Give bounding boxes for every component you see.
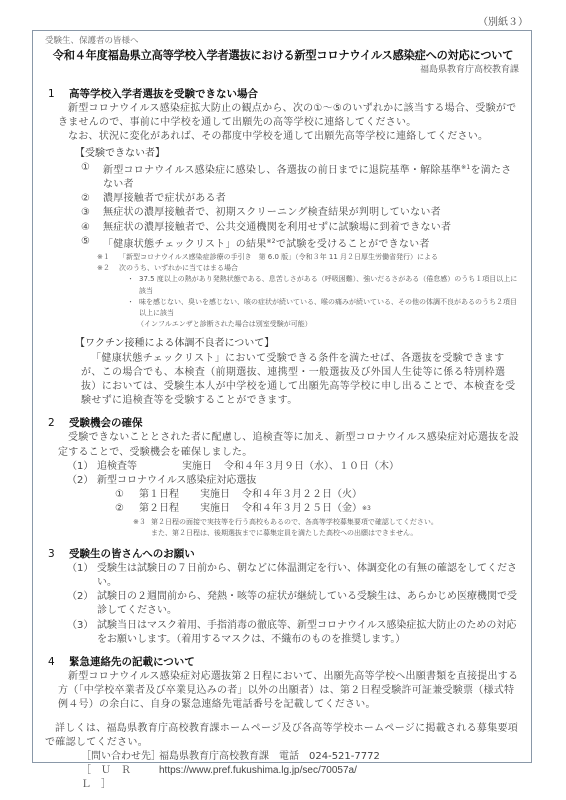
vaccine-heading: 【ワクチン接種による体調不良者について】 xyxy=(45,337,521,351)
contact-value: 福島県教育庁高校教育課 電話 024-521-7772 xyxy=(159,750,380,764)
closing-text: 詳しくは、福島県教育庁高校教育課ホームページ及び各高等学校ホームページに掲載され… xyxy=(45,722,521,750)
page-title: 令和４年度福島県立高等学校入学者選抜における新型コロナウイルス感染症への対応につ… xyxy=(45,48,521,64)
request-item: （2） 試験日の２週間前から、発熱・咳等の症状が継続している受験生は、あらかじめ… xyxy=(45,590,521,618)
footnote-2: ※２ 次のうち、いずれかに当てはまる場合 xyxy=(45,263,521,274)
contact-row: ［問い合わせ先］ 福島県教育庁高校教育課 電話 024-521-7772 xyxy=(45,750,521,764)
notice-frame: 受験生、保護者の皆様へ 令和４年度福島県立高等学校入学者選抜における新型コロナウ… xyxy=(32,30,532,763)
section-1-para-2: なお、状況に変化があれば、その都度中学校を通して出願先高等学校に連絡してください… xyxy=(45,130,521,144)
section-number: 1 xyxy=(45,87,69,102)
schedule-subrow: ② 第２日程 実施日 令和４年３月２５日（金）※3 xyxy=(45,502,521,516)
schedule-row: （2） 新型コロナウイルス感染症対応選抜 xyxy=(45,474,521,488)
list-item: ⑤ 「健康状態チェックリスト」の結果※2で試験を受けることができない者 xyxy=(45,235,521,252)
section-number: 2 xyxy=(45,416,69,431)
section-1: 1 高等学校入学者選抜を受験できない場合 新型コロナウイルス感染症拡大防止の観点… xyxy=(45,87,521,408)
footnote-3: ※３ 第２日程の面接で実技等を行う高校もあるので、各高等学校募集要項で確認してく… xyxy=(45,517,521,528)
request-item: （1） 受験生は試験日の７日前から、朝などに体温測定を行い、体調変化の有無の確認… xyxy=(45,562,521,590)
section-1-para-1: 新型コロナウイルス感染症拡大防止の観点から、次の①～⑤のいずれかに該当する場合、… xyxy=(45,102,521,130)
section-title: 受験機会の確保 xyxy=(69,416,143,431)
issuer: 福島県教育庁高校教育課 xyxy=(45,64,519,77)
section-title: 受験生の皆さんへのお願い xyxy=(69,547,195,562)
request-item: （3） 試験当日はマスク着用、手指消毒の徹底等、新型コロナウイルス感染症拡大防止… xyxy=(45,619,521,647)
footnote-ref: ※1 xyxy=(461,164,470,171)
list-item: ② 濃厚接触者で症状がある者 xyxy=(45,192,521,206)
section-4-para: 新型コロナウイルス感染症対応選抜第２日程において、出願先高等学校へ出願書類を直接… xyxy=(45,670,521,713)
schedule-row: （1） 追検査等 実施日 令和４年３月９日（水）、１０日（木） xyxy=(45,460,521,474)
section-number: 3 xyxy=(45,547,69,562)
footnote-bullet: ・ 37.5 度以上の熱があり発熱状態である、息苦しさがある（呼吸困難）、強いだ… xyxy=(45,274,521,296)
section-2-heading: 2 受験機会の確保 xyxy=(45,416,521,431)
footnote-ref: ※2 xyxy=(267,238,276,245)
url-link[interactable]: https://www.pref.fukushima.lg.jp/sec/700… xyxy=(159,764,357,792)
section-title: 高等学校入学者選抜を受験できない場合 xyxy=(69,87,258,102)
url-label: ［ Ｕ Ｒ Ｌ ］ xyxy=(81,764,159,792)
section-4-heading: 4 緊急連絡先の記載について xyxy=(45,655,521,670)
footnote-bullet: ・ 味を感じない、臭いを感じない、咳の症状が続いている、喉の痛みが続いている、そ… xyxy=(45,297,521,319)
footnote-ref: ※3 xyxy=(362,502,371,516)
section-2: 2 受験機会の確保 受験できないこととされた者に配慮し、追検査等に加え、新型コロ… xyxy=(45,416,521,538)
addressee: 受験生、保護者の皆様へ xyxy=(45,35,521,47)
url-row: ［ Ｕ Ｒ Ｌ ］ https://www.pref.fukushima.lg.… xyxy=(45,764,521,792)
vaccine-text: 「健康状態チェックリスト」において受験できる条件を満たせば、各選抜を受験できます… xyxy=(45,352,521,409)
contact-label: ［問い合わせ先］ xyxy=(81,750,159,764)
section-4: 4 緊急連絡先の記載について 新型コロナウイルス感染症対応選抜第２日程において、… xyxy=(45,655,521,713)
cannot-sit-heading: 【受験できない者】 xyxy=(45,147,521,161)
list-item: ④ 無症状の濃厚接触者で、公共交通機関を利用せずに試験場に到着できない者 xyxy=(45,221,521,235)
section-2-para: 受験できないこととされた者に配慮し、追検査等に加え、新型コロナウイルス感染症対応… xyxy=(45,431,521,459)
section-number: 4 xyxy=(45,655,69,670)
footnote-3-line-2: また、第２日程は、後期選抜までに募集定員を満たした高校への出願はできません。 xyxy=(45,528,521,539)
list-item: ① 新型コロナウイルス感染症に感染し、各選抜の前日までに退院基準・解除基準※1を… xyxy=(45,161,521,192)
section-title: 緊急連絡先の記載について xyxy=(69,655,195,670)
annex-label: （別紙３） xyxy=(478,13,528,28)
section-3: 3 受験生の皆さんへのお願い （1） 受験生は試験日の７日前から、朝などに体温測… xyxy=(45,547,521,647)
footnote-1: ※１ 「新型コロナウイルス感染症診療の手引き 第 6.0 版」（令和３年 11 … xyxy=(45,252,521,263)
schedule-subrow: ① 第１日程 実施日 令和４年３月２２日（火） xyxy=(45,488,521,502)
section-3-heading: 3 受験生の皆さんへのお願い xyxy=(45,547,521,562)
list-item: ③ 無症状の濃厚接触者で、初期スクリーニング検査結果が判明していない者 xyxy=(45,206,521,220)
influenza-note: （インフルエンザと診断された場合は別室受験が可能） xyxy=(45,319,521,330)
section-1-heading: 1 高等学校入学者選抜を受験できない場合 xyxy=(45,87,521,102)
